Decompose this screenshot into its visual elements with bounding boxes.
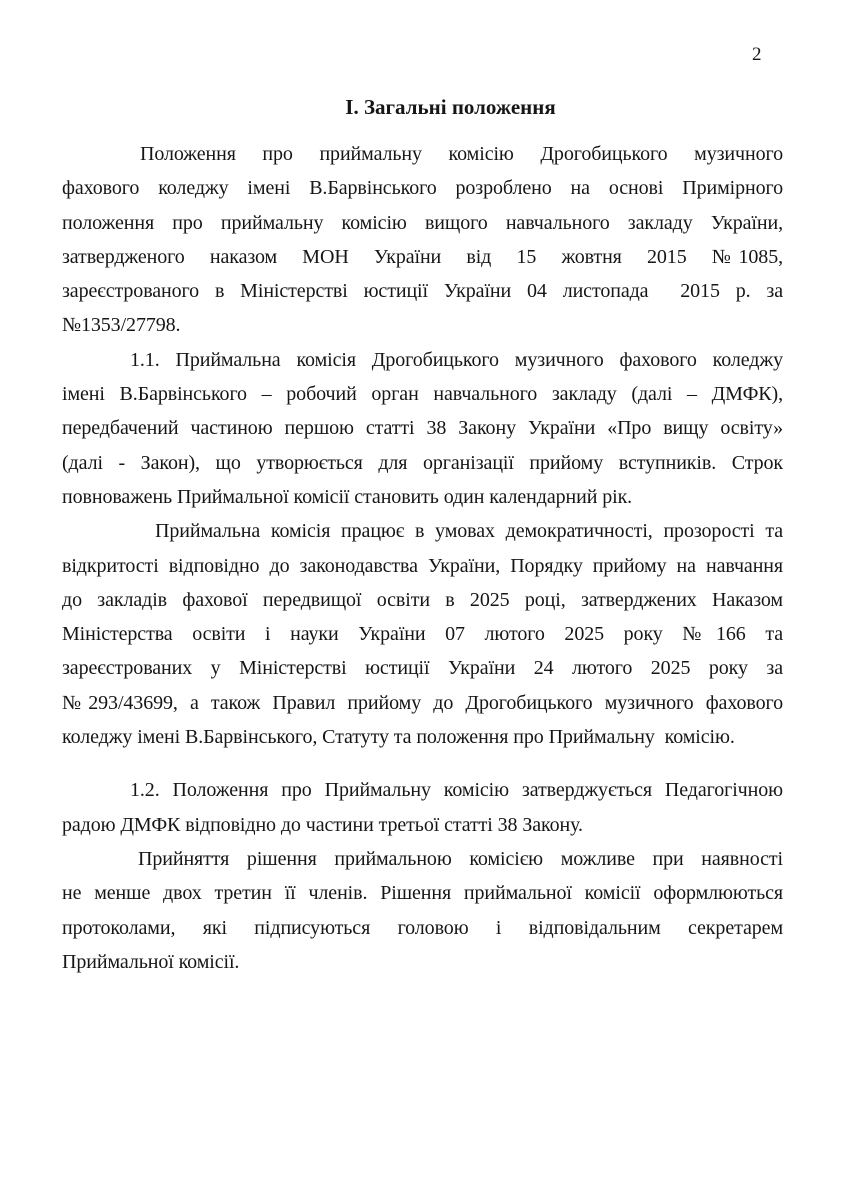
text-line: Міністерства освіти і науки України 07 л… <box>62 617 783 651</box>
text-line: зареєстрованого в Міністерстві юстиції У… <box>62 274 783 308</box>
text-line: передбачений частиною першою статті 38 З… <box>62 411 783 445</box>
text-line: радою ДМФК відповідно до частини третьої… <box>62 808 783 842</box>
text-line: 1.1. Приймальна комісія Дрогобицького му… <box>62 343 783 377</box>
document-page: 2 І. Загальні положення Положення про пр… <box>0 0 849 1200</box>
text-line: Положення про приймальну комісію Дрогоби… <box>62 137 783 171</box>
text-line: не менше двох третин її членів. Рішення … <box>62 876 783 910</box>
paragraph-intro: Положення про приймальну комісію Дрогоби… <box>62 137 783 343</box>
text-line: Приймальна комісія працює в умовах демок… <box>62 514 783 548</box>
text-line: №293/43699, а також Правил прийому до Др… <box>62 686 783 720</box>
text-line: №1353/27798. <box>62 308 783 342</box>
text-line: повноважень Приймальної комісії становит… <box>62 480 783 514</box>
text-line: фахового коледжу імені В.Барвінського ро… <box>62 171 783 205</box>
text-line: зареєстрованих у Міністерстві юстиції Ук… <box>62 651 783 685</box>
text-line: Прийняття рішення приймальною комісією м… <box>62 842 783 876</box>
text-line: імені В.Барвінського – робочий орган нав… <box>62 377 783 411</box>
text-line: 1.2. Положення про Приймальну комісію за… <box>62 773 783 807</box>
document-body: Положення про приймальну комісію Дрогоби… <box>62 137 783 979</box>
text-line: відкритості відповідно до законодавства … <box>62 549 783 583</box>
text-line: Приймальної комісії. <box>62 945 783 979</box>
text-line: (далі - Закон), що утворюється для орган… <box>62 446 783 480</box>
text-line: коледжу імені В.Барвінського, Статуту та… <box>62 720 783 754</box>
text-line: до закладів фахової передвищої освіти в … <box>62 583 783 617</box>
text-line: протоколами, які підписуються головою і … <box>62 911 783 945</box>
section-title: І. Загальні положення <box>90 90 811 124</box>
paragraph-clause-1-2: 1.2. Положення про Приймальну комісію за… <box>62 773 783 842</box>
paragraph-decision-rules: Прийняття рішення приймальною комісією м… <box>62 842 783 979</box>
document-content: І. Загальні положення Положення про прий… <box>62 0 783 979</box>
text-line: положення про приймальну комісію вищого … <box>62 206 783 240</box>
paragraph-commission-principles: Приймальна комісія працює в умовах демок… <box>62 514 783 754</box>
text-line: затвердженого наказом МОН України від 15… <box>62 240 783 274</box>
paragraph-clause-1-1: 1.1. Приймальна комісія Дрогобицького му… <box>62 343 783 514</box>
